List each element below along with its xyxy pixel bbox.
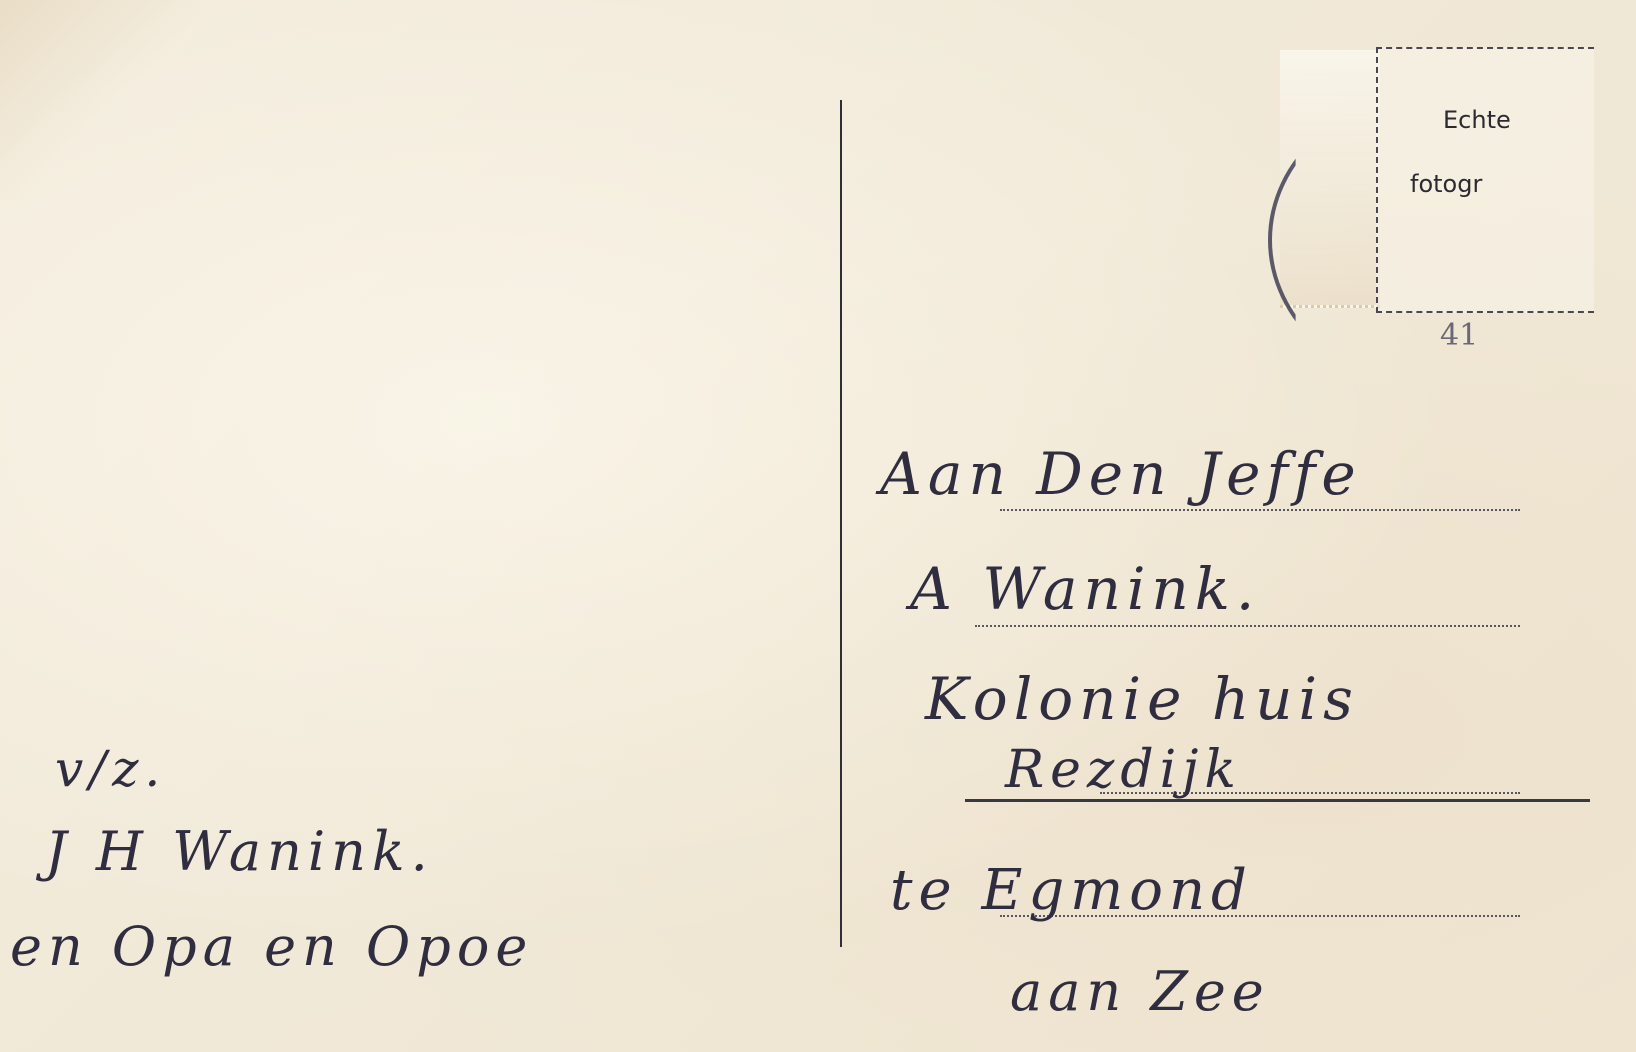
postmark-date-fragment: 41	[1440, 318, 1478, 353]
address-line-text-1: Aan Den Jeffe	[880, 440, 1362, 508]
address-line-1	[1000, 509, 1520, 511]
address-line-text-5: te Egmond	[890, 858, 1253, 923]
message-line-text-2: J H Wanink.	[45, 820, 434, 883]
message-line-text-1: v/z.	[55, 740, 166, 798]
postcard-back: Echte fotogr 41 Aan Den Jeffe A Wanink. …	[0, 0, 1636, 1052]
worn-corner	[0, 0, 200, 200]
address-line-text-4: Rezdijk	[1005, 740, 1242, 800]
address-line-text-3: Kolonie huis	[925, 665, 1359, 733]
stamp-box-text-line1: Echte	[1443, 106, 1511, 134]
address-line-text-6: aan Zee	[1010, 960, 1270, 1023]
stamp-box-text-line2: fotogr	[1410, 170, 1482, 198]
address-line-2	[975, 625, 1520, 627]
center-divider-line	[840, 100, 842, 947]
message-line-text-3: en Opa en Opoe	[10, 915, 533, 978]
stamp-placement-box	[1376, 47, 1594, 313]
address-line-text-2: A Wanink.	[910, 555, 1260, 623]
